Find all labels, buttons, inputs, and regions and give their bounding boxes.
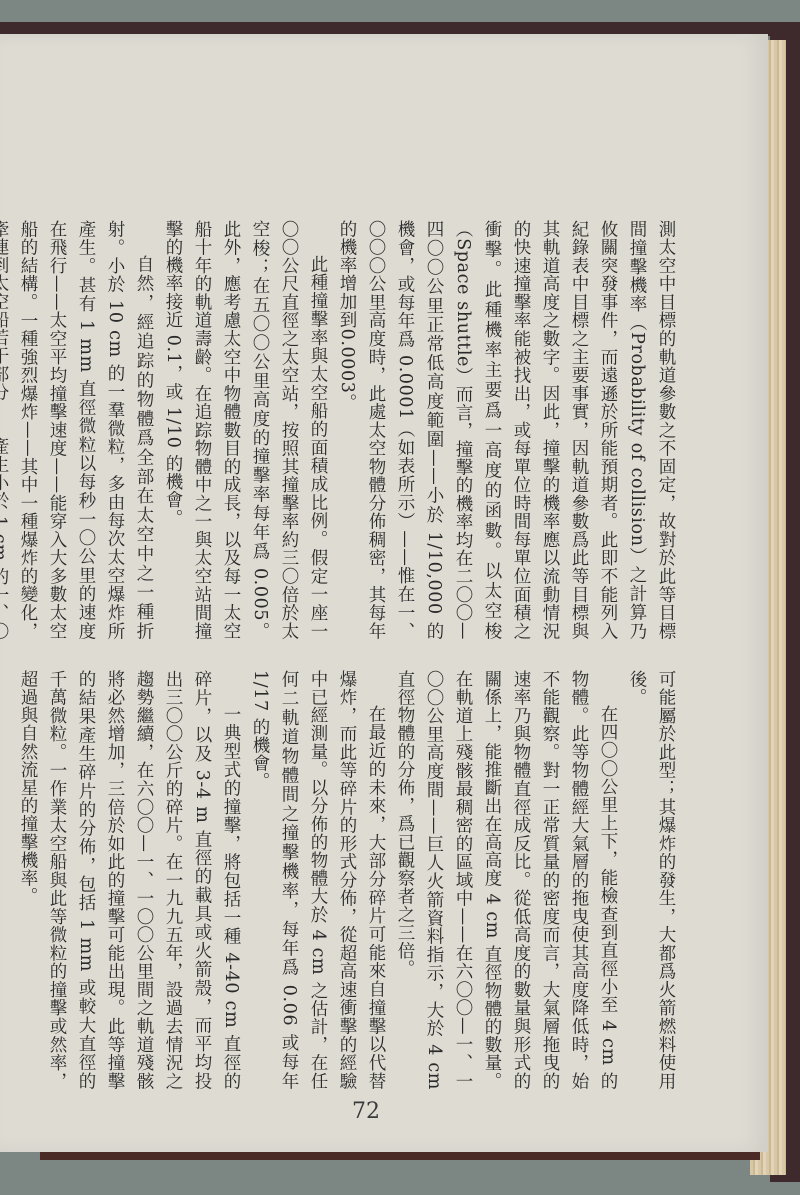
paragraph-continuation: 可能屬於此型；其爆炸的發生，大都爲火箭燃料使用後。 [622,670,680,1090]
paragraph-detection-400km: 在四〇〇公里上下，能檢查到直徑小至 4 cm 的物體。此等物體經大氣層的拖曳使其… [390,670,622,1090]
paragraph-space-station-area: 此種撞擊率與太空船的面積成比例。假定一座一〇〇公尺直徑之太空站，按照其撞擊率約三… [158,220,332,640]
page-number: 72 [352,1099,380,1124]
book-cover-bottom-edge [40,1152,760,1160]
bottom-text-section: 可能屬於此型；其爆炸的發生，大都爲火箭燃料使用後。 在四〇〇公里上下，能檢查到直… [30,670,680,1090]
paragraph-small-particles: 自然，經追踪的物體爲全部在太空中之一種折射。小於 10 cm 的一羣微粒，多由每… [0,220,158,640]
book-page: 測太空中目標的軌道參數之不固定，故對於此等目標間撞擊機率（Probability… [0,34,768,1152]
top-text-section: 測太空中目標的軌道參數之不固定，故對於此等目標間撞擊機率（Probability… [30,220,680,640]
paragraph-typical-collision: 一典型式的撞擊，將包括一種 4-40 cm 直徑的碎片，以及 3-4 m 直徑的… [13,670,245,1090]
paragraph-collision-probability: 測太空中目標的軌道參數之不固定，故對於此等目標間撞擊機率（Probability… [332,220,680,640]
paragraph-future-fragments: 在最近的未來，大部分碎片可能來自撞擊以代替爆炸，而此等碎片的形式分佈，從超高速衝… [245,670,390,1090]
